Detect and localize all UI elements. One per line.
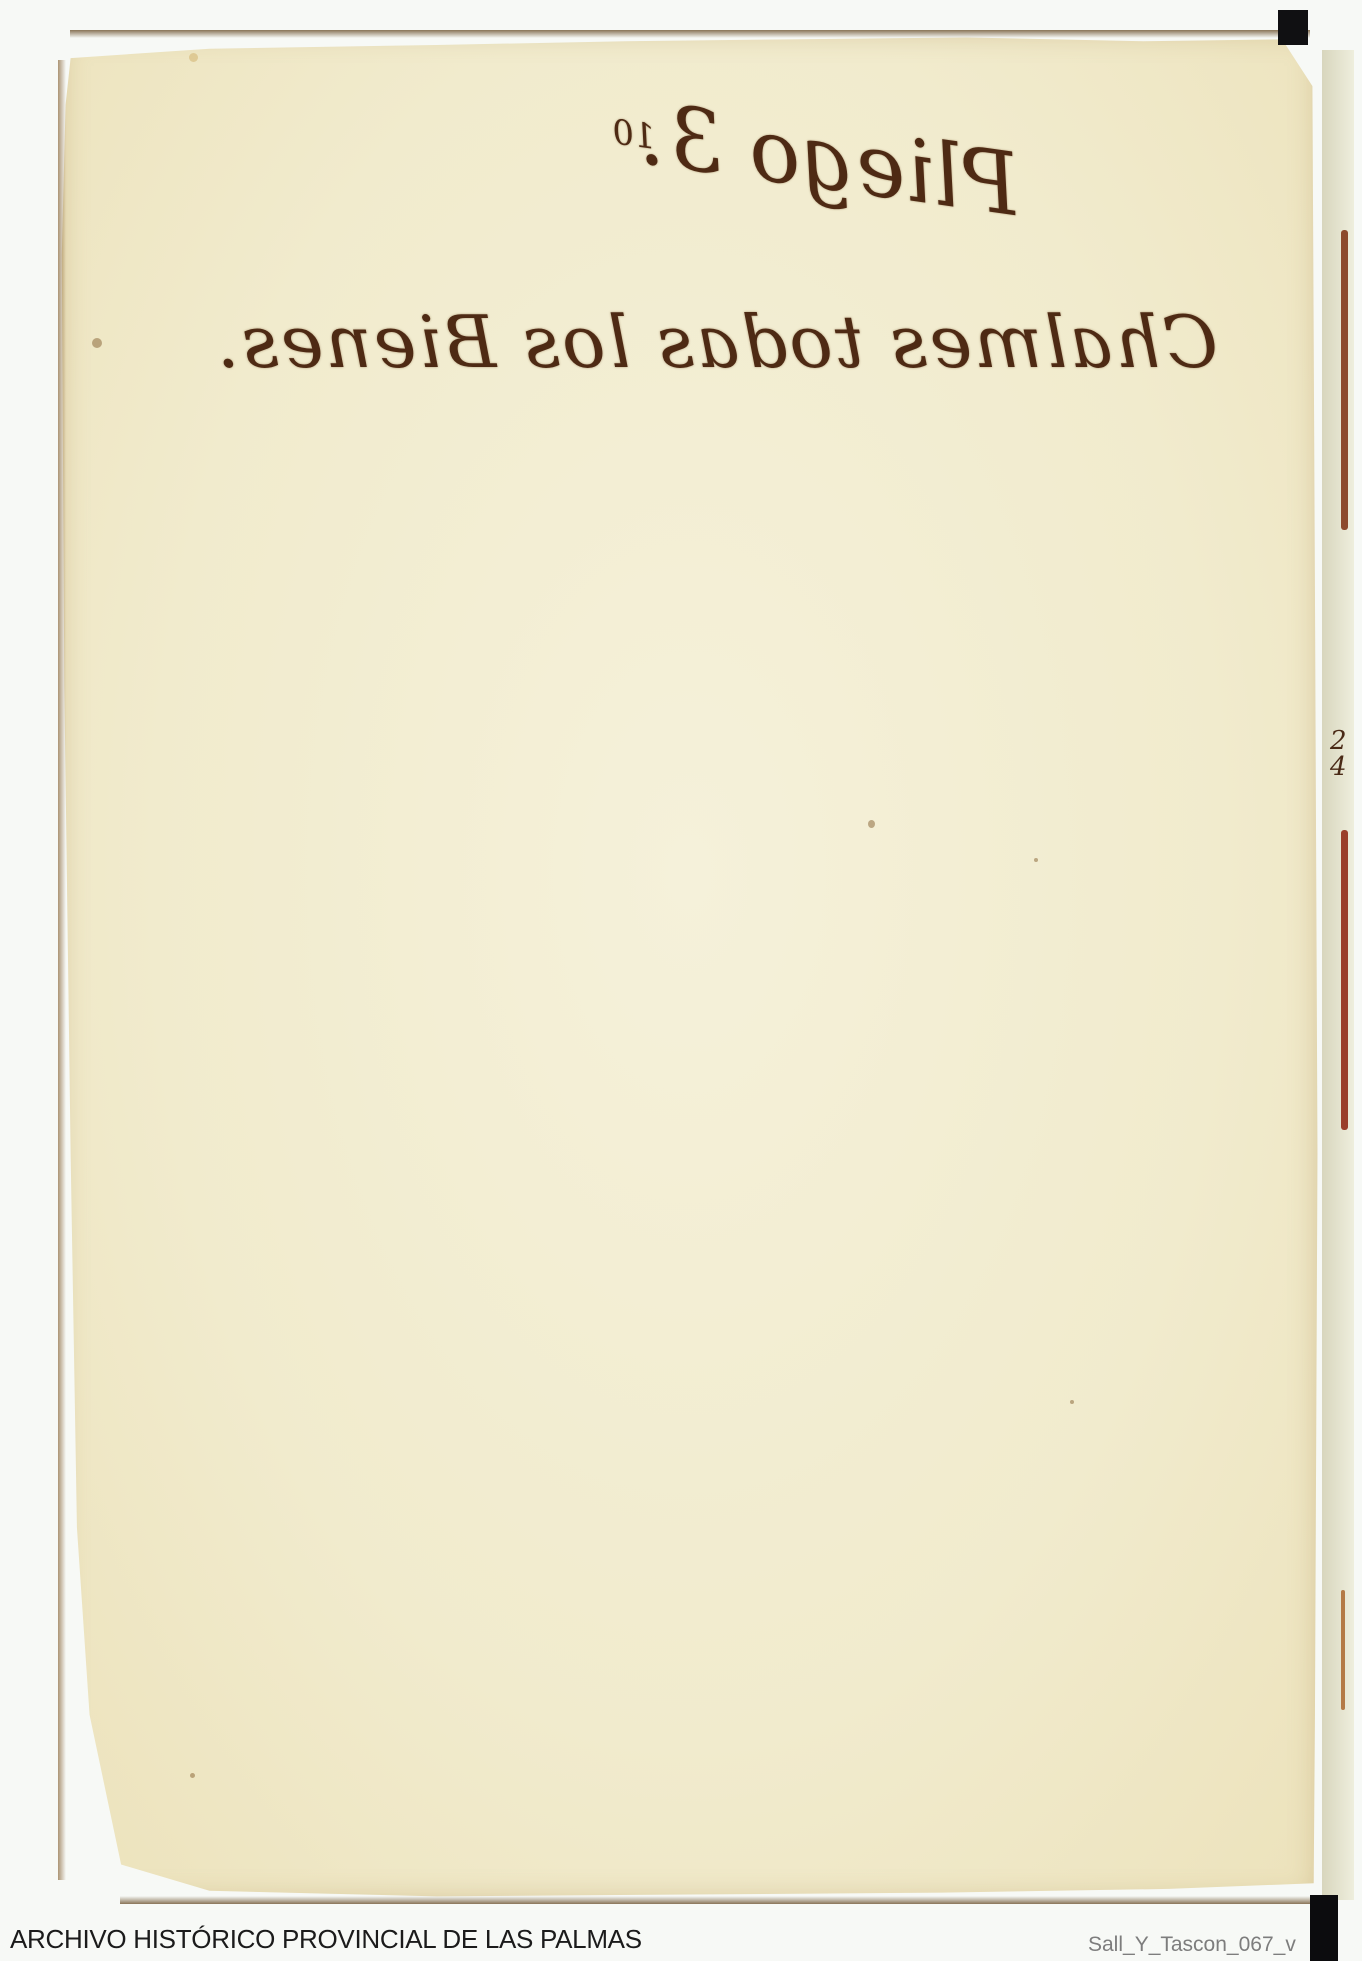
bleed-through-line: Chalmes todas los Bienes. [215, 300, 1218, 384]
binding-thread [1341, 230, 1348, 530]
ink-spot [868, 820, 875, 828]
ink-spot [190, 1773, 195, 1778]
page-edge-top [70, 30, 1310, 38]
ink-spot [92, 338, 102, 348]
document-scan: Pliego 3. 10 Chalmes todas los Bienes. 2… [0, 0, 1362, 1961]
page-edge-left [58, 60, 66, 1880]
bleed-through-superscript: 10 [609, 112, 657, 158]
page-edge-bottom [120, 1896, 1320, 1904]
binding-thread [1341, 830, 1348, 1130]
image-identifier: Sall_Y_Tascon_067_v [1088, 1933, 1296, 1957]
scanner-clip-bottom [1310, 1895, 1338, 1961]
adjacent-page-edge [1322, 50, 1354, 1900]
binding-thread [1341, 1590, 1345, 1710]
ink-spot [1034, 858, 1038, 862]
ink-spot [1070, 1400, 1074, 1404]
ink-spot [189, 53, 198, 62]
scanner-clip-top [1278, 10, 1308, 45]
archive-label: ARCHIVO HISTÓRICO PROVINCIAL DE LAS PALM… [10, 1924, 642, 1955]
margin-note: 2 4 [1330, 728, 1347, 780]
